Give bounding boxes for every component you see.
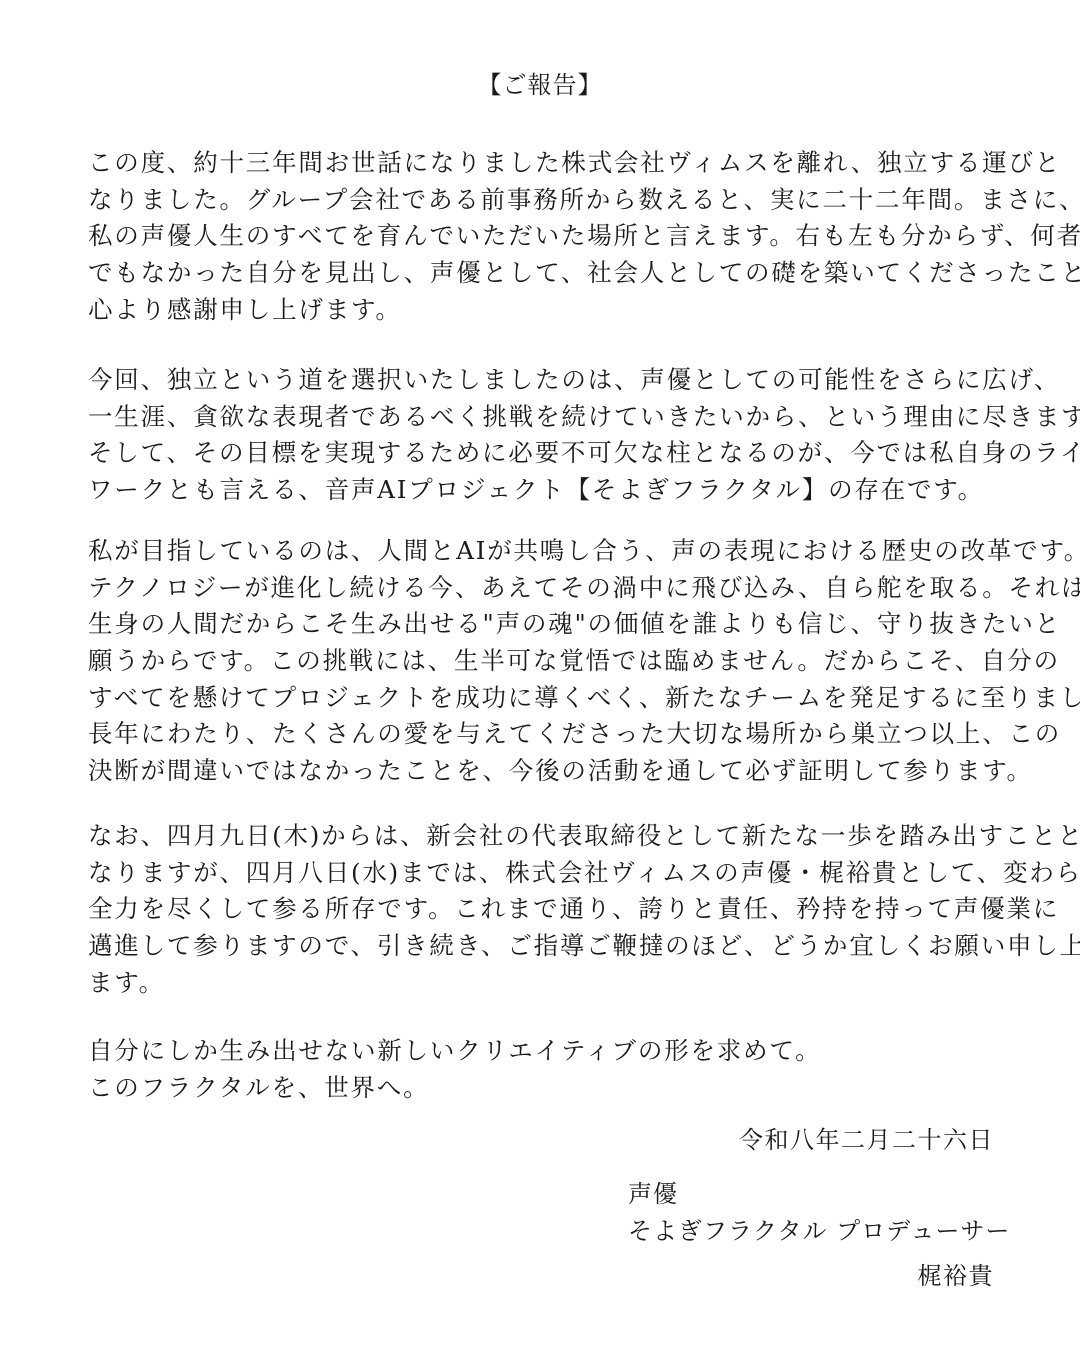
signature-title: そよぎフラクタル プロデューサー <box>628 1213 994 1250</box>
text-line: 私が目指しているのは、人間とAIが共鳴し合う、声の表現における歴史の改革です。 <box>88 533 998 570</box>
text-line: 長年にわたり、たくさんの愛を与えてくださった大切な場所から巣立つ以上、この <box>88 716 998 753</box>
signature-role: 声優 <box>628 1176 994 1213</box>
text-line: なりますが、四月八日(水)までは、株式会社ヴィムスの声優・梶裕貴として、変わらず <box>88 855 998 892</box>
text-line: ワークとも言える、音声AIプロジェクト【そよぎフラクタル】の存在です。 <box>88 472 998 509</box>
signature-block: 声優 そよぎフラクタル プロデューサー 梶裕貴 <box>628 1176 994 1295</box>
text-line: ます。 <box>88 965 998 1002</box>
text-line: 全力を尽くして参る所存です。これまで通り、誇りと責任、矜持を持って声優業に <box>88 891 998 928</box>
announcement-page: 【ご報告】 この度、約十三年間お世話になりました株式会社ヴィムスを離れ、独立する… <box>0 0 1080 1350</box>
text-line: 願うからです。この挑戦には、生半可な覚悟では臨めません。だからこそ、自分の <box>88 643 998 680</box>
text-line: なお、四月九日(木)からは、新会社の代表取締役として新たな一歩を踏み出すことと <box>88 818 998 855</box>
text-line: この度、約十三年間お世話になりました株式会社ヴィムスを離れ、独立する運びと <box>88 145 998 182</box>
paragraph-reason: 今回、独立という道を選択いたしましたのは、声優としての可能性をさらに広げ、 一生… <box>88 362 998 509</box>
text-line: 邁進して参りますので、引き続き、ご指導ご鞭撻のほど、どうか宜しくお願い申し上げ <box>88 928 998 965</box>
text-line: すべてを懸けてプロジェクトを成功に導くべく、新たなチームを発足するに至りました。 <box>88 680 998 717</box>
closing-statement: 自分にしか生み出せない新しいクリエイティブの形を求めて。 このフラクタルを、世界… <box>88 1033 998 1106</box>
text-line: 私の声優人生のすべてを育んでいただいた場所と言えます。右も左も分からず、何者 <box>88 218 998 255</box>
paragraph-schedule: なお、四月九日(木)からは、新会社の代表取締役として新たな一歩を踏み出すことと … <box>88 818 998 1001</box>
text-line: 自分にしか生み出せない新しいクリエイティブの形を求めて。 <box>88 1033 998 1070</box>
text-line: 決断が間違いではなかったことを、今後の活動を通して必ず証明して参ります。 <box>88 753 998 790</box>
document-date: 令和八年二月二十六日 <box>739 1123 994 1157</box>
document-title: 【ご報告】 <box>0 68 1080 102</box>
text-line: なりました。グループ会社である前事務所から数えると、実に二十二年間。まさに、 <box>88 182 998 219</box>
text-line: 心より感謝申し上げます。 <box>88 292 998 329</box>
signature-name: 梶裕貴 <box>628 1258 994 1295</box>
text-line: 今回、独立という道を選択いたしましたのは、声優としての可能性をさらに広げ、 <box>88 362 998 399</box>
paragraph-gratitude: この度、約十三年間お世話になりました株式会社ヴィムスを離れ、独立する運びと なり… <box>88 145 998 328</box>
paragraph-vision: 私が目指しているのは、人間とAIが共鳴し合う、声の表現における歴史の改革です。 … <box>88 533 998 790</box>
text-line: でもなかった自分を見出し、声優として、社会人としての礎を築いてくださったこと、 <box>88 255 998 292</box>
text-line: テクノロジーが進化し続ける今、あえてその渦中に飛び込み、自ら舵を取る。それは、 <box>88 570 998 607</box>
text-line: このフラクタルを、世界へ。 <box>88 1070 998 1107</box>
text-line: 一生涯、貪欲な表現者であるべく挑戦を続けていきたいから、という理由に尽きます。 <box>88 399 998 436</box>
text-line: 生身の人間だからこそ生み出せる"声の魂"の価値を誰よりも信じ、守り抜きたいと <box>88 606 998 643</box>
text-line: そして、その目標を実現するために必要不可欠な柱となるのが、今では私自身のライフ <box>88 435 998 472</box>
